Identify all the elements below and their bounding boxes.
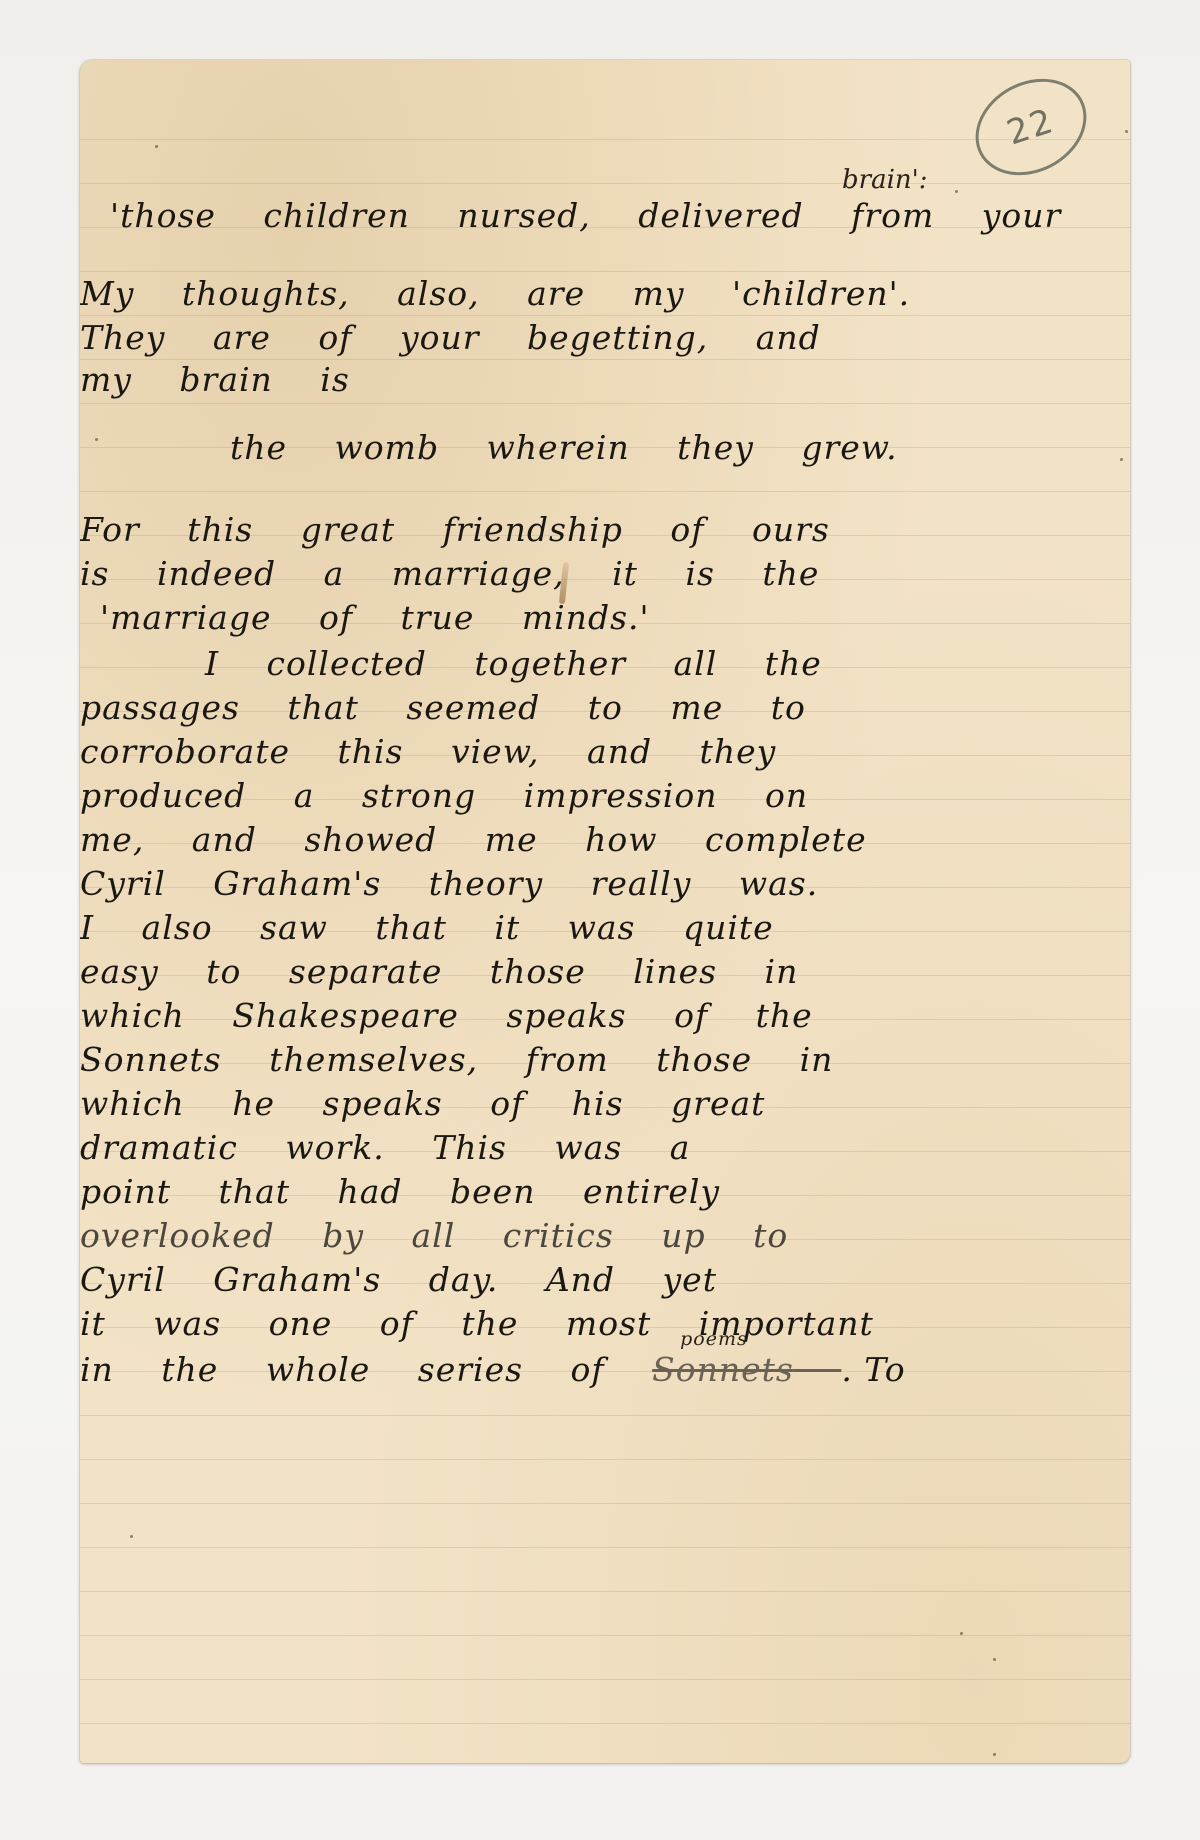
manuscript-line: 'those children nursed, delivered from y…	[110, 196, 1130, 248]
manuscript-line-final: in the whole series of Sonnets poems . T…	[80, 1350, 1130, 1402]
manuscript-page: 22 brain': 'those children nursed, deliv…	[80, 60, 1130, 1763]
manuscript-line: the womb wherein they grew.	[230, 428, 1130, 480]
interlinear-insertion-poems: poems	[680, 1328, 748, 1350]
circled-page-number: 22	[959, 60, 1104, 194]
final-line-text: in the whole series of	[80, 1350, 605, 1389]
final-line-ending: . To	[841, 1350, 905, 1389]
manuscript-line: 'marriage of true minds.'	[100, 598, 1130, 650]
manuscript-line: my brain is	[80, 360, 1130, 412]
manuscript-line: it was one of the most important	[80, 1304, 1130, 1356]
page-number-text: 22	[1002, 101, 1059, 154]
interlinear-insertion-brain: brain':	[842, 165, 928, 195]
struck-word: Sonnets poems	[652, 1350, 841, 1389]
